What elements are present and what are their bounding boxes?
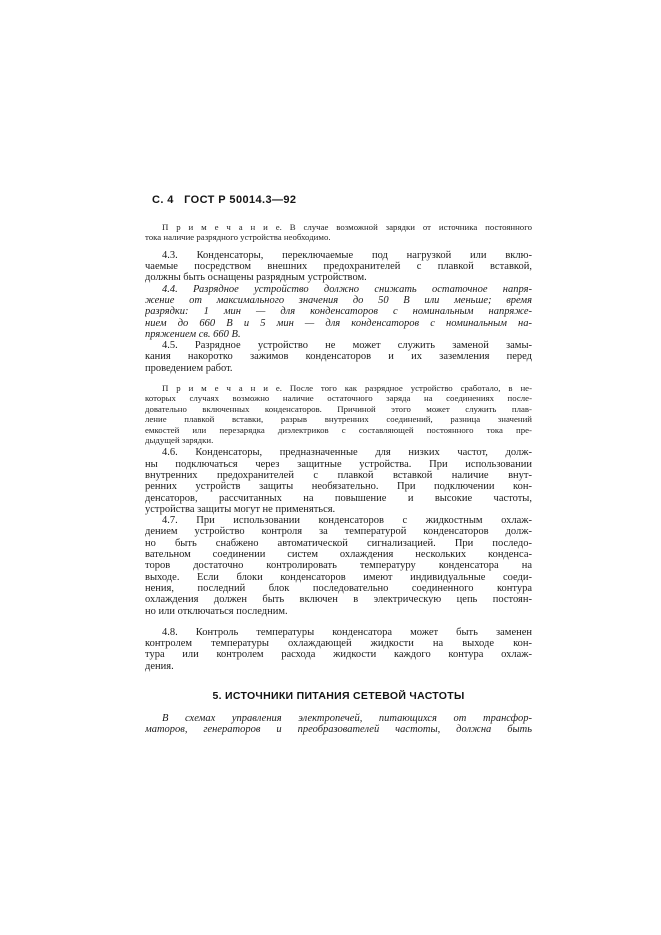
text-line: нения, последний блок последовательно со… bbox=[145, 583, 532, 594]
text-line: 4.6. Конденсаторы, предназначенные для н… bbox=[145, 447, 532, 458]
text-line: П р и м е ч а н и е. После того как разр… bbox=[145, 383, 532, 393]
text-line: дения. bbox=[145, 661, 532, 672]
text-line: 4.3. Конденсаторы, переключаемые под наг… bbox=[145, 250, 532, 261]
text-line: торов достаточно контролировать температ… bbox=[145, 560, 532, 571]
text-line: устройства защиты могут не применяться. bbox=[145, 504, 532, 515]
clause-4-5: 4.5. Разрядное устройство не может служи… bbox=[145, 340, 532, 374]
text-line: кания накоротко зажимов конденсаторов и … bbox=[145, 351, 532, 362]
text-line: чаемые посредством внешних предохранител… bbox=[145, 261, 532, 272]
running-header: С. 4 ГОСТ Р 50014.3—92 bbox=[152, 194, 296, 206]
clause-4-4: 4.4. Разрядное устройство должно снижать… bbox=[145, 284, 532, 340]
clause-4-6: 4.6. Конденсаторы, предназначенные для н… bbox=[145, 447, 532, 515]
clause-4-7: 4.7. При использовании конденсаторов с ж… bbox=[145, 515, 532, 617]
text-line: ренних устройств защиты необязательно. П… bbox=[145, 481, 532, 492]
text-line: проведением работ. bbox=[145, 363, 532, 374]
document-page: С. 4 ГОСТ Р 50014.3—92 П р и м е ч а н и… bbox=[0, 0, 661, 935]
clause-4-3: 4.3. Конденсаторы, переключаемые под наг… bbox=[145, 250, 532, 284]
clause-4-8: 4.8. Контроль температуры конденсатора м… bbox=[145, 627, 532, 672]
text-line: но или отключаться последним. bbox=[145, 606, 532, 617]
text-line: нием до 660 В и 5 мин — для конденсаторо… bbox=[145, 318, 532, 329]
text-line: дыдущей зарядки. bbox=[145, 435, 532, 445]
text-line: выходе. Если блоки конденсаторов имеют и… bbox=[145, 572, 532, 583]
text-line: которых случаях возможно наличие остаточ… bbox=[145, 393, 532, 403]
text-line: дением устройство контроля за температур… bbox=[145, 526, 532, 537]
text-line: разрядки: 1 мин — для конденсаторов с но… bbox=[145, 306, 532, 317]
text-line: пряжением св. 660 В. bbox=[145, 329, 532, 340]
text-line: П р и м е ч а н и е. В случае возможной … bbox=[145, 222, 532, 232]
text-line: жение от максимального значения до 50 В … bbox=[145, 295, 532, 306]
text-line: но быть снабжено автоматической сигнализ… bbox=[145, 538, 532, 549]
text-line: 4.7. При использовании конденсаторов с ж… bbox=[145, 515, 532, 526]
text-line: 4.4. Разрядное устройство должно снижать… bbox=[145, 284, 532, 295]
note-after-4-2: П р и м е ч а н и е. В случае возможной … bbox=[145, 222, 532, 243]
text-line: ны подключаться через защитные устройств… bbox=[145, 459, 532, 470]
text-line: вательном соединении систем охлаждения н… bbox=[145, 549, 532, 560]
text-line: тока наличие разрядного устройства необх… bbox=[145, 232, 532, 242]
text-line: охлаждения должен быть включен в электри… bbox=[145, 594, 532, 605]
text-line: внутренних предохранителей с плавкой вст… bbox=[145, 470, 532, 481]
section-5-opening: В схемах управления электропечей, питающ… bbox=[145, 713, 532, 736]
text-line: должны быть оснащены разрядным устройств… bbox=[145, 272, 532, 283]
text-line: емкостей или перезарядка диэлектриков с … bbox=[145, 425, 532, 435]
text-line: контролем температуры охлаждающей жидкос… bbox=[145, 638, 532, 649]
text-line: 4.8. Контроль температуры конденсатора м… bbox=[145, 627, 532, 638]
text-line: тура или контролем расхода жидкости кажд… bbox=[145, 649, 532, 660]
text-line: маторов, генераторов и преобразователей … bbox=[145, 724, 532, 735]
text-line: ление плавкой вставки, разрыв внутренних… bbox=[145, 414, 532, 424]
text-line: 4.5. Разрядное устройство не может служи… bbox=[145, 340, 532, 351]
text-line: В схемах управления электропечей, питающ… bbox=[145, 713, 532, 724]
text-line: денсаторов, рассчитанных на повышение и … bbox=[145, 493, 532, 504]
text-line: довательно включенных конденсаторов. При… bbox=[145, 404, 532, 414]
text-block: П р и м е ч а н и е. В случае возможной … bbox=[145, 222, 532, 736]
section-5-heading: 5. ИСТОЧНИКИ ПИТАНИЯ СЕТЕВОЙ ЧАСТОТЫ bbox=[145, 690, 532, 703]
section-heading-text: 5. ИСТОЧНИКИ ПИТАНИЯ СЕТЕВОЙ ЧАСТОТЫ bbox=[145, 690, 532, 703]
note-after-4-5: П р и м е ч а н и е. После того как разр… bbox=[145, 383, 532, 445]
